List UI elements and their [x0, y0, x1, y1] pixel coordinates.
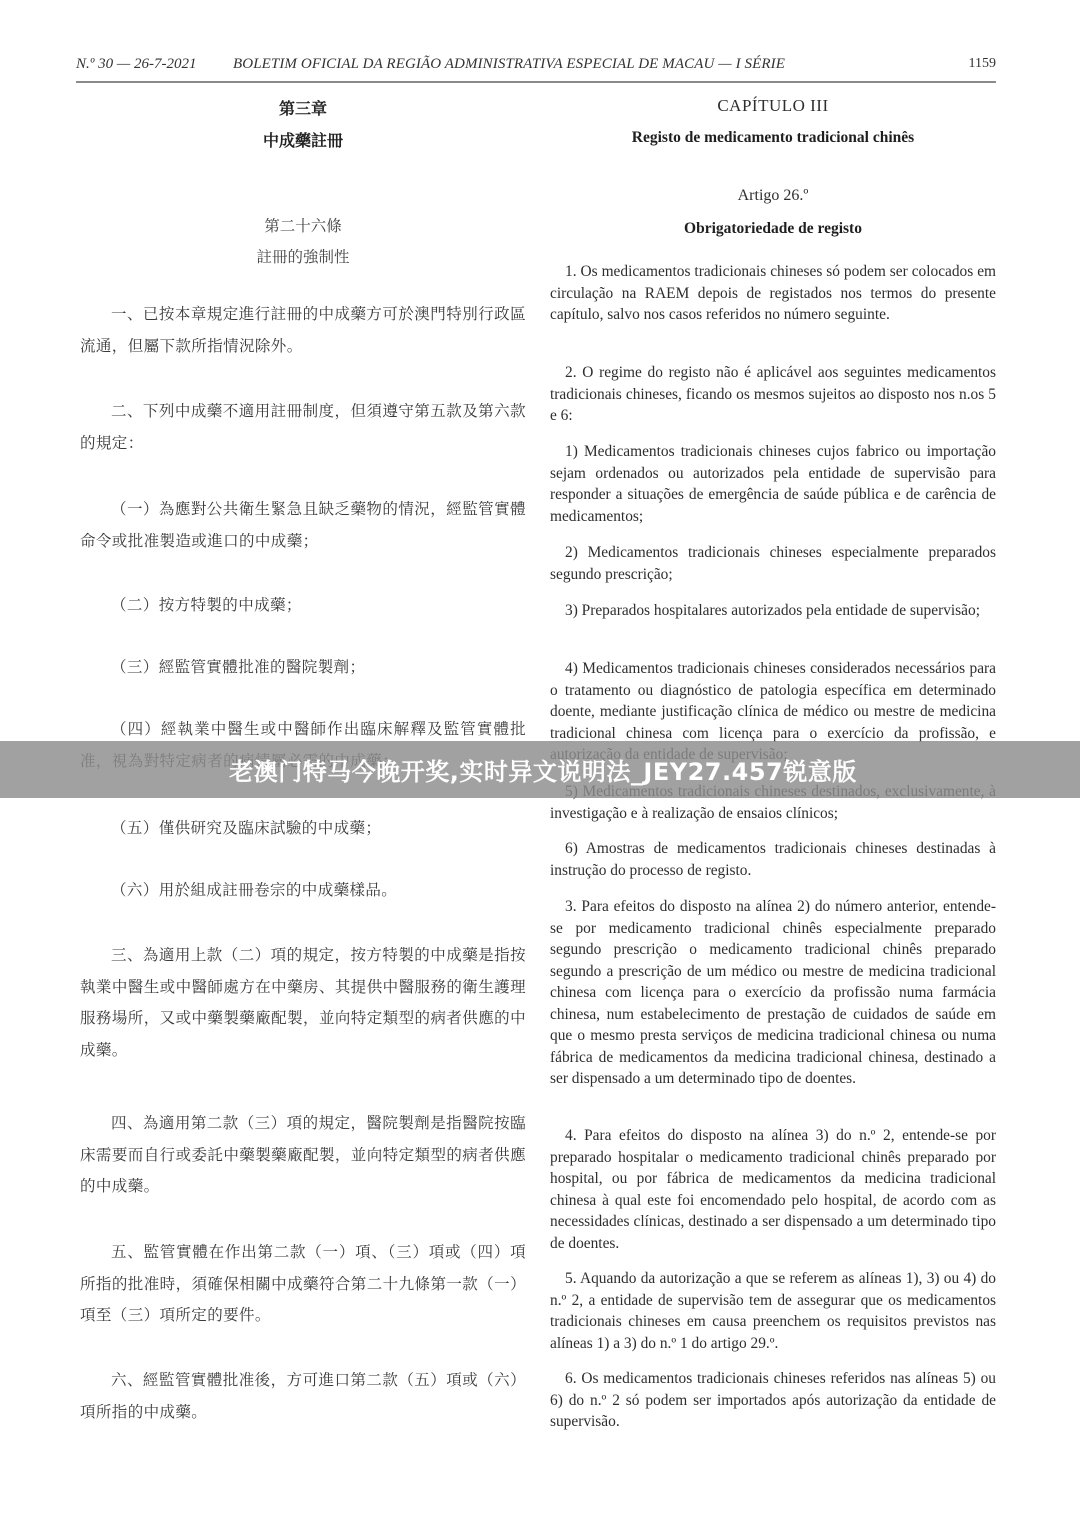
issue-number: N.º 30 — 26-7-2021 [76, 56, 196, 73]
zh-paragraph: （一）為應對公共衛生緊急且缺乏藥物的情況，經監管實體命令或批准製造或進口的中成藥… [80, 494, 526, 557]
pt-paragraph: 3. Para efeitos do disposto na alínea 2)… [550, 896, 996, 1090]
pt-chapter-title: Registo de medicamento tradicional chinê… [550, 129, 996, 147]
zh-article-title: 註冊的強制性 [80, 245, 526, 267]
pt-article-heading: Artigo 26.º [550, 187, 996, 205]
zh-chapter-title: 中成藥註冊 [80, 128, 526, 151]
pt-chapter-heading: CAPÍTULO III [550, 96, 996, 116]
pt-paragraph: 4. Para efeitos do disposto na alínea 3)… [550, 1125, 996, 1254]
header-rule [76, 81, 996, 83]
pt-paragraph: 3) Preparados hospitalares autorizados p… [550, 600, 996, 622]
overlay-banner-text: 老澳门特马今晚开奖,实时异文说明法_JEY27.457锐意版 [229, 752, 856, 787]
pt-paragraph: 1. Os medicamentos tradicionais chineses… [550, 261, 996, 326]
zh-article-heading: 第二十六條 [80, 214, 526, 236]
pt-paragraph: 2. O regime do registo não é aplicável a… [550, 362, 996, 427]
zh-paragraph: 三、為適用上款（二）項的規定，按方特製的中成藥是指按執業中醫生或中醫師處方在中藥… [80, 940, 526, 1066]
publication-title: BOLETIM OFICIAL DA REGIÃO ADMINISTRATIVA… [233, 56, 785, 73]
pt-paragraph: 6. Os medicamentos tradicionais chineses… [550, 1368, 996, 1433]
pt-paragraph: 5. Aquando da autorização a que se refer… [550, 1268, 996, 1354]
page-header: N.º 30 — 26-7-2021 BOLETIM OFICIAL DA RE… [76, 54, 996, 80]
zh-paragraph: （二）按方特製的中成藥； [80, 590, 526, 622]
zh-paragraph: 四、為適用第二款（三）項的規定，醫院製劑是指醫院按臨床需要而自行或委託中藥製藥廠… [80, 1108, 526, 1203]
pt-paragraph: 2) Medicamentos tradicionais chineses es… [550, 542, 996, 585]
zh-paragraph: （六）用於組成註冊卷宗的中成藥樣品。 [80, 875, 526, 907]
zh-paragraph: 六、經監管實體批准後，方可進口第二款（五）項或（六）項所指的中成藥。 [80, 1365, 526, 1428]
zh-paragraph: 一、已按本章規定進行註冊的中成藥方可於澳門特別行政區流通，但屬下款所指情況除外。 [80, 299, 526, 362]
pt-paragraph: 6) Amostras de medicamentos tradicionais… [550, 838, 996, 881]
zh-chapter-heading: 第三章 [80, 96, 526, 119]
zh-paragraph: （三）經監管實體批准的醫院製劑； [80, 652, 526, 684]
zh-paragraph: 五、監管實體在作出第二款（一）項、（三）項或（四）項所指的批准時，須確保相關中成… [80, 1237, 526, 1332]
pt-paragraph: 1) Medicamentos tradicionais chineses cu… [550, 441, 996, 527]
zh-paragraph: 二、下列中成藥不適用註冊制度，但須遵守第五款及第六款的規定： [80, 396, 526, 459]
zh-paragraph: （五）僅供研究及臨床試驗的中成藥； [80, 813, 526, 845]
pt-article-title: Obrigatoriedade de registo [550, 220, 996, 238]
page-number: 1159 [969, 56, 996, 72]
overlay-banner: 老澳门特马今晚开奖,实时异文说明法_JEY27.457锐意版 [0, 741, 1080, 798]
